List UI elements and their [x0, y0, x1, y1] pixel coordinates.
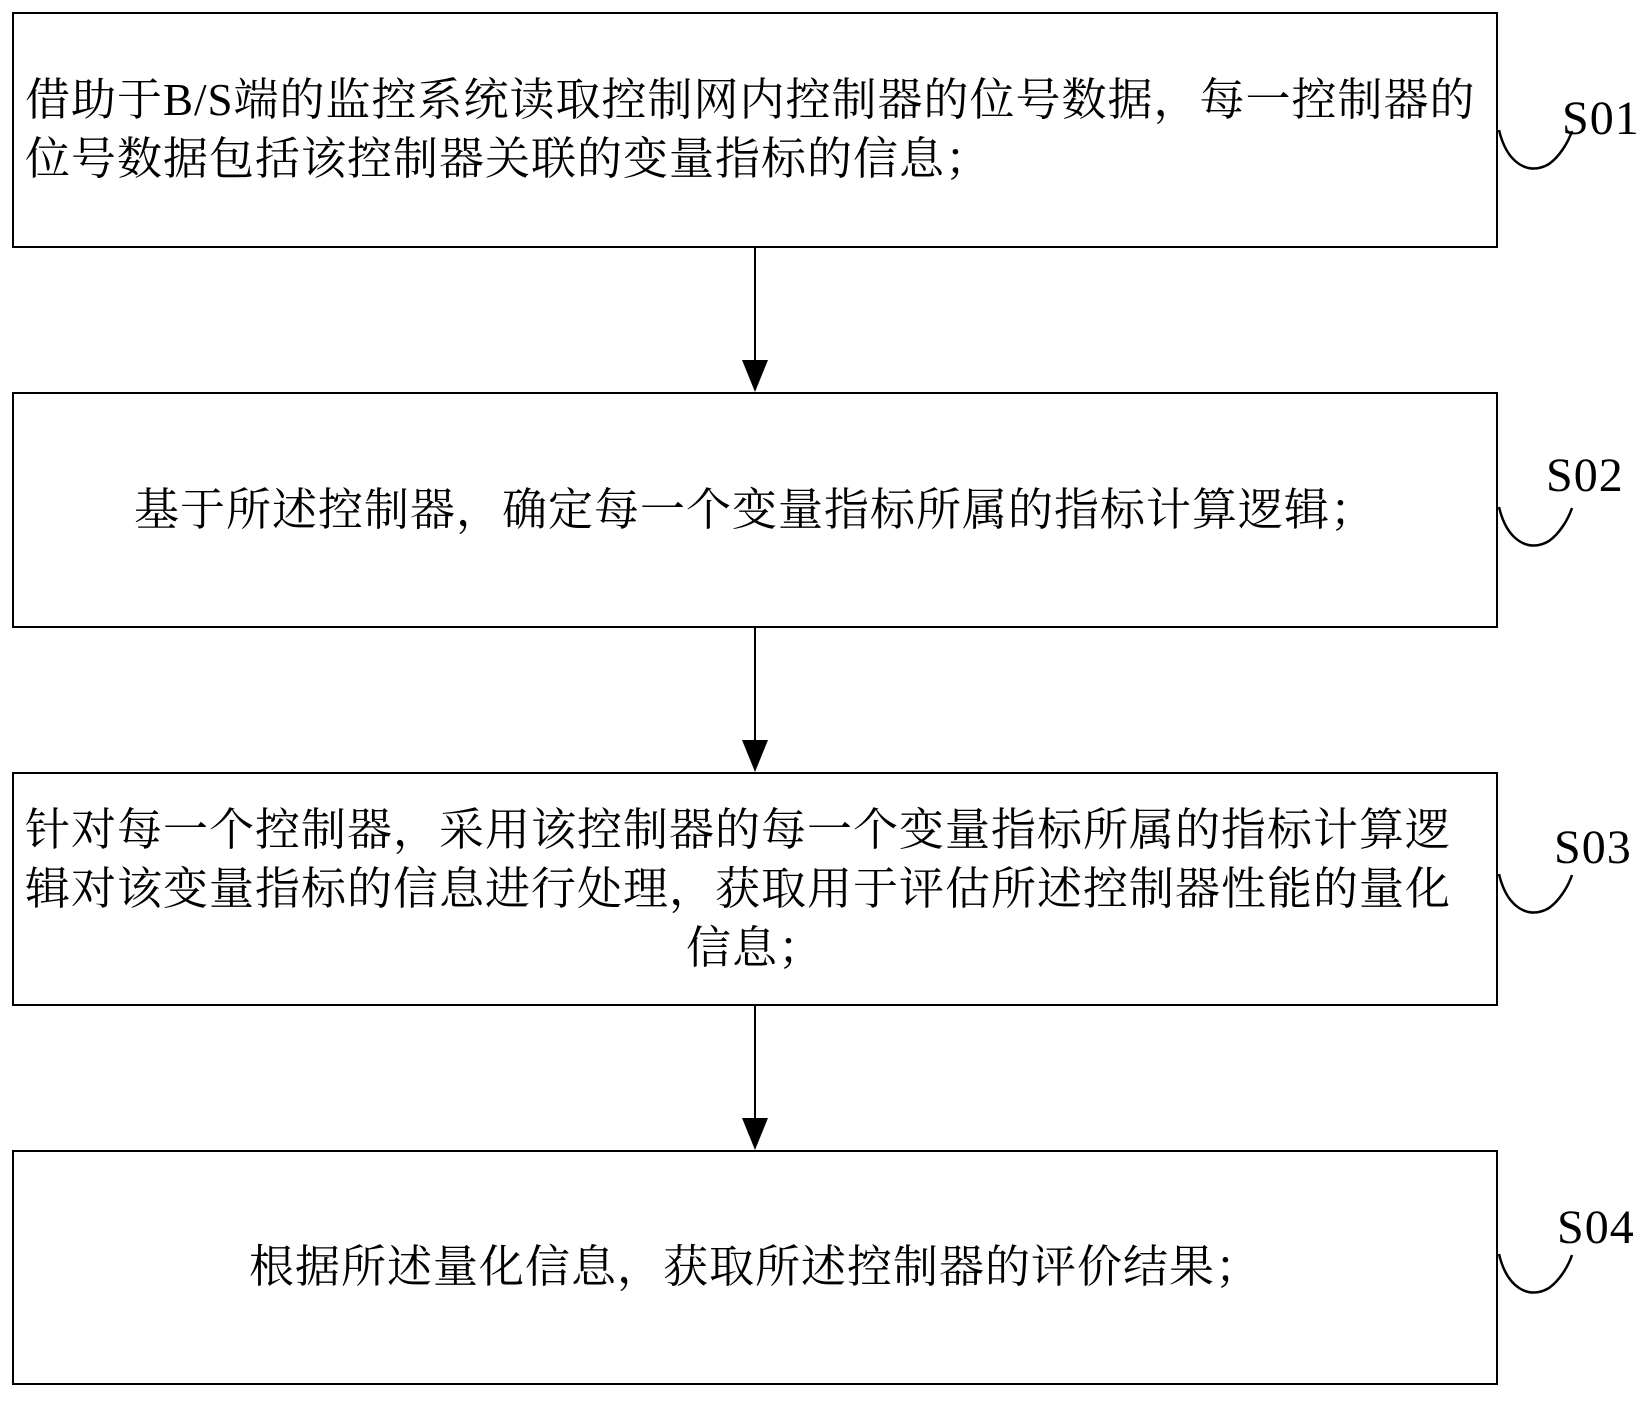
step-text-line: 位号数据包括该控制器关联的变量指标的信息； [25, 130, 1485, 189]
step-box-s01: 借助于B/S端的监控系统读取控制网内控制器的位号数据，每一控制器的 位号数据包括… [12, 12, 1498, 248]
flow-arrow-down-icon [740, 248, 770, 392]
flowchart-figure: 借助于B/S端的监控系统读取控制网内控制器的位号数据，每一控制器的 位号数据包括… [0, 0, 1643, 1403]
step-box-s03: 针对每一个控制器，采用该控制器的每一个变量指标所属的指标计算逻 辑对该变量指标的… [12, 772, 1498, 1006]
step-text-line: 借助于B/S端的监控系统读取控制网内控制器的位号数据，每一控制器的 [25, 71, 1485, 130]
flow-arrow-down-icon [740, 1006, 770, 1150]
step-text-line: 针对每一个控制器，采用该控制器的每一个变量指标所属的指标计算逻 [25, 801, 1485, 860]
reference-leader-line [1497, 872, 1577, 920]
step-text-line: 基于所述控制器，确定每一个变量指标所属的指标计算逻辑； [25, 481, 1485, 540]
step-box-s04: 根据所述量化信息，获取所述控制器的评价结果； [12, 1150, 1498, 1385]
flow-arrow-down-icon [740, 628, 770, 772]
reference-leader-line [1497, 1252, 1577, 1300]
step-text-line: 根据所述量化信息，获取所述控制器的评价结果； [25, 1238, 1485, 1297]
reference-leader-line [1497, 505, 1577, 553]
step-text-line: 辑对该变量指标的信息进行处理，获取用于评估所述控制器性能的量化 [25, 860, 1485, 919]
step-label-s04: S04 [1557, 1204, 1635, 1252]
step-label-s02: S02 [1546, 452, 1624, 500]
step-label-s01: S01 [1562, 95, 1640, 143]
step-box-s02: 基于所述控制器，确定每一个变量指标所属的指标计算逻辑； [12, 392, 1498, 628]
step-label-s03: S03 [1554, 824, 1632, 872]
step-text-line: 信息； [25, 919, 1485, 978]
